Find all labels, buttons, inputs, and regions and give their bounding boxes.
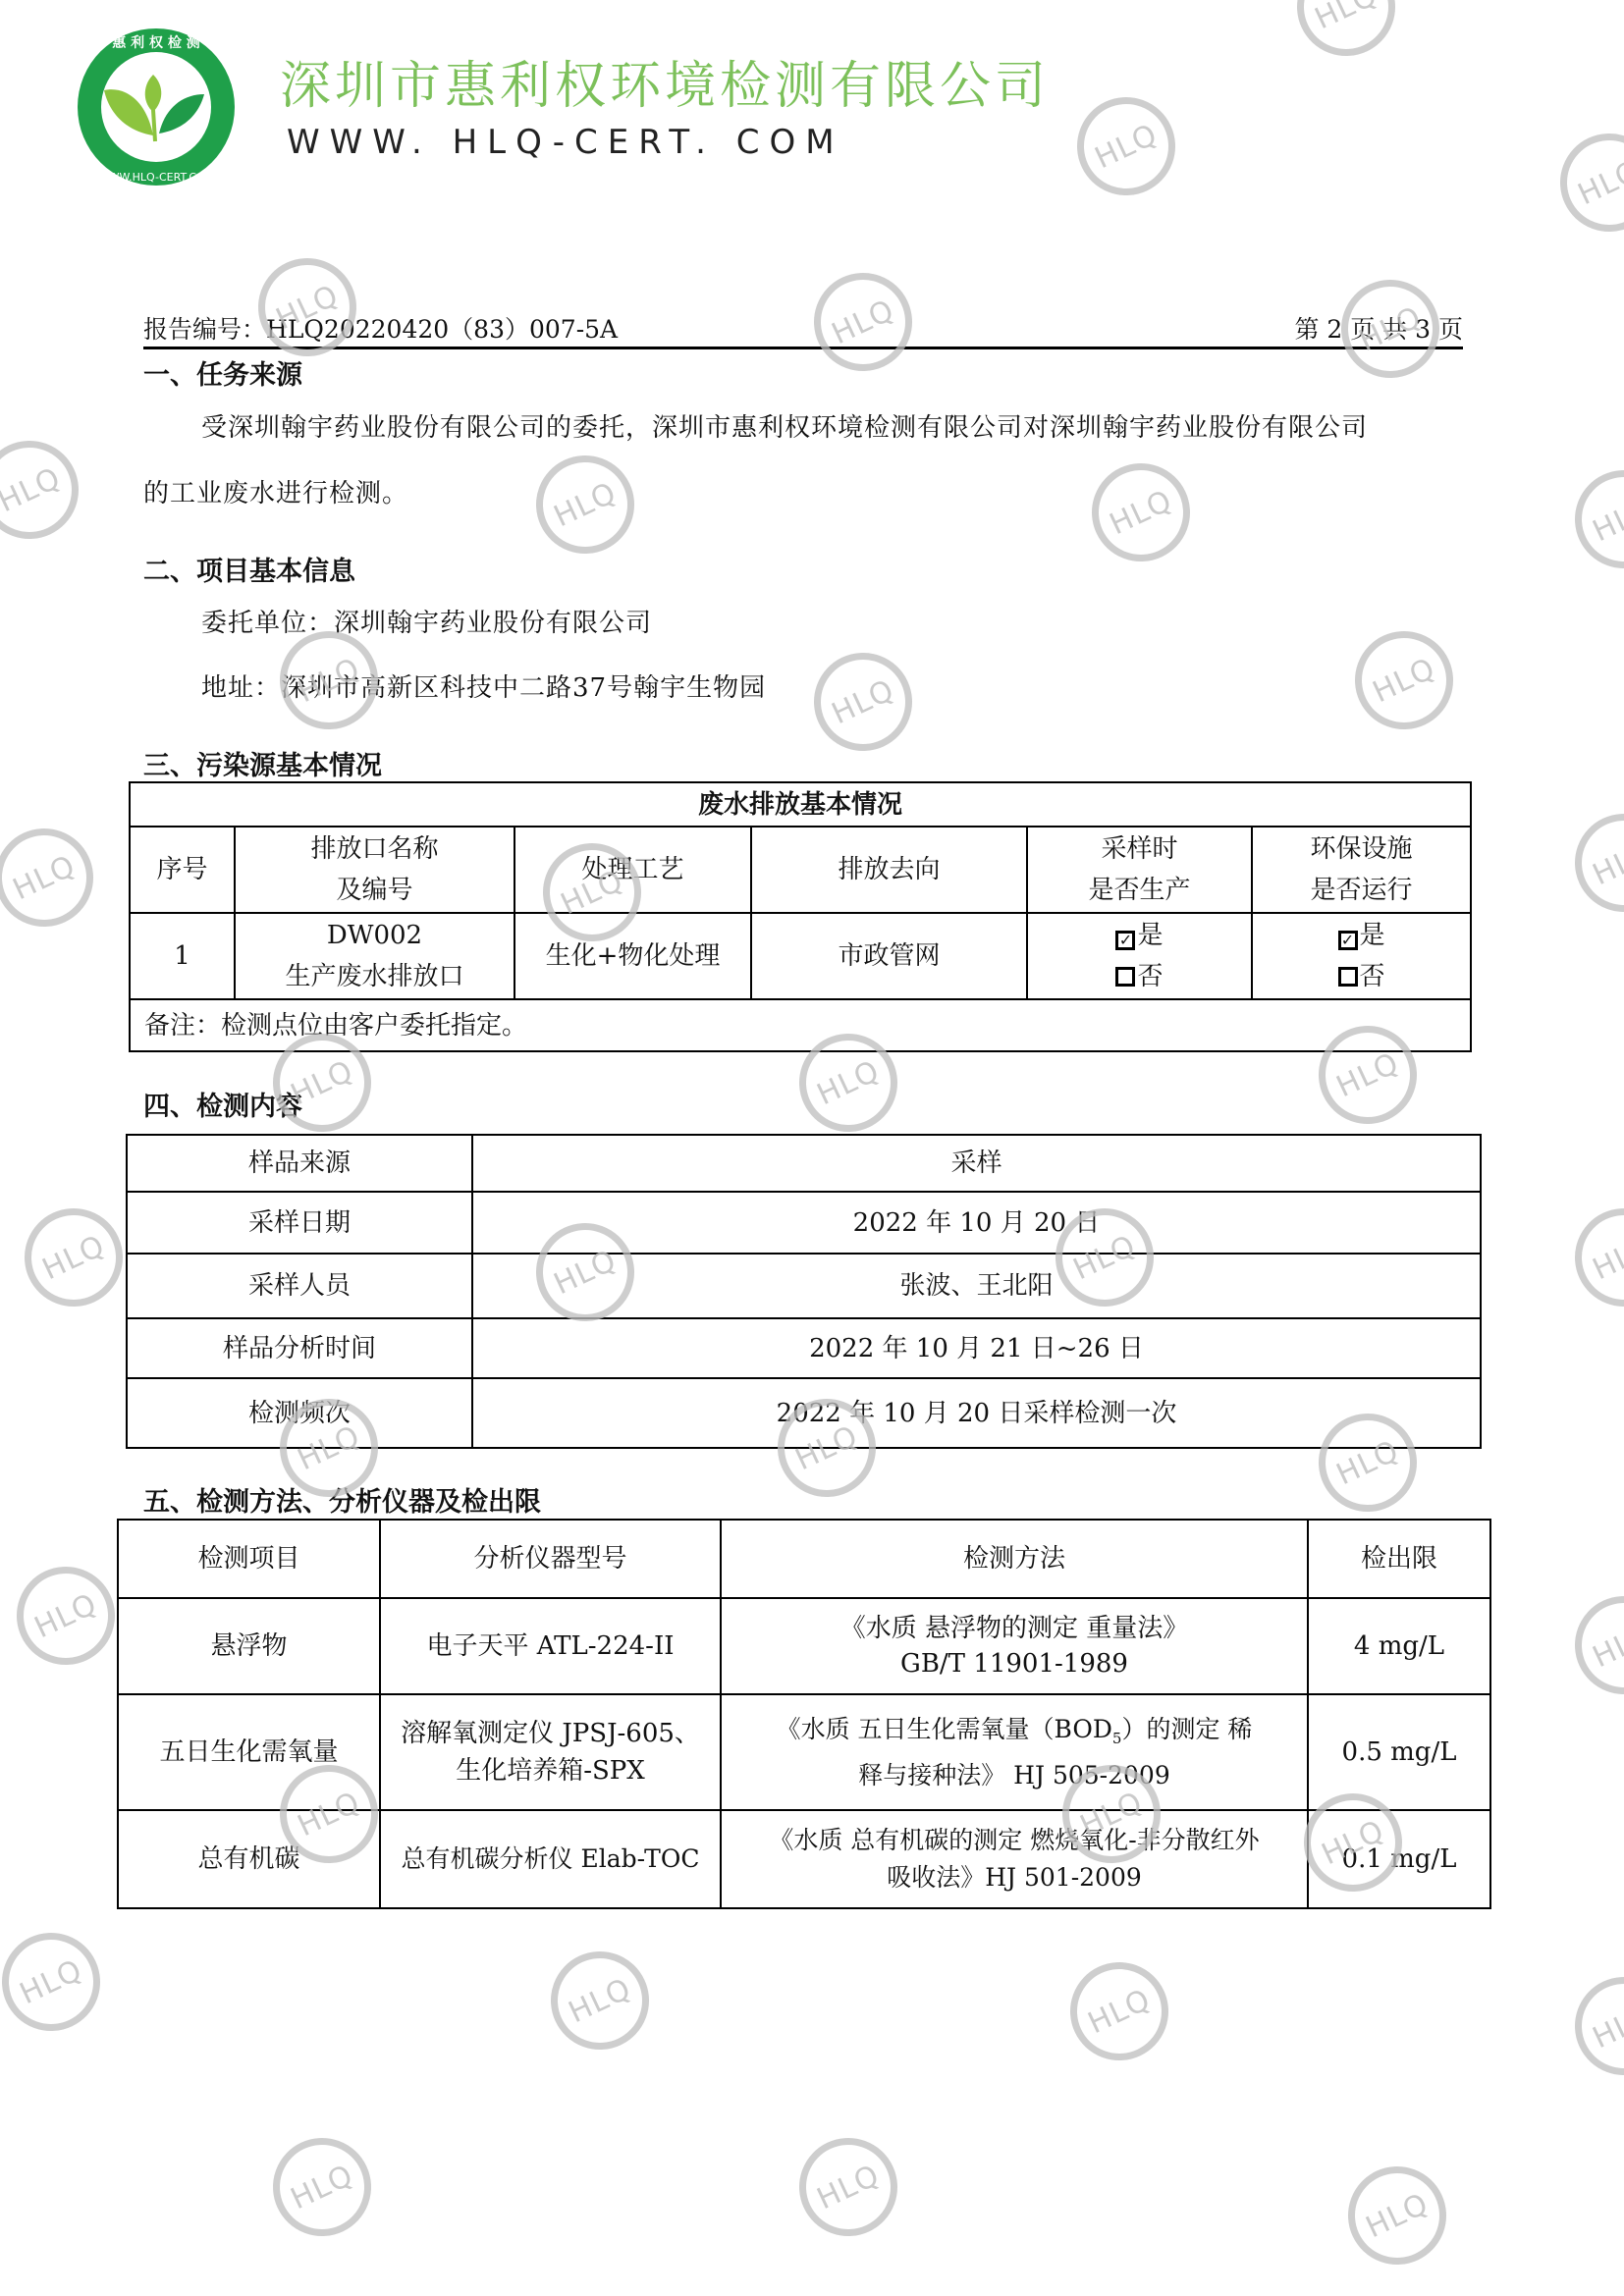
hlq-watermark-icon: HLQ xyxy=(1559,1961,1624,2092)
hlq-watermark-icon: HLQ xyxy=(1332,2151,1463,2281)
cell-producing: ✓是 否 xyxy=(1027,913,1252,999)
section-3-title: 三、污染源基本情况 xyxy=(143,744,382,782)
table-row: 样品分析时间2022 年 10 月 21 日~26 日 xyxy=(127,1318,1481,1378)
testing-content-table: 样品来源采样 采样日期2022 年 10 月 20 日 采样人员张波、王北阳 样… xyxy=(126,1134,1482,1449)
cell-destination: 市政管网 xyxy=(751,913,1027,999)
task-source-line-1: 受深圳翰宇药业股份有限公司的委托，深圳市惠利权环境检测有限公司对深圳翰宇药业股份… xyxy=(201,407,1368,444)
hlq-watermark-icon: HLQ xyxy=(9,1193,139,1323)
hlq-watermark-icon: HLQ xyxy=(257,2122,388,2253)
section-4-title: 四、检测内容 xyxy=(143,1085,302,1123)
hlq-watermark-icon: HLQ xyxy=(1559,1193,1624,1323)
hlq-watermark-icon: HLQ xyxy=(1061,81,1192,212)
section-5-title: 五、检测方法、分析仪器及检出限 xyxy=(143,1480,541,1519)
table-row: 五日生化需氧量 溶解氧测定仪 JPSJ-605、生化培养箱-SPX 《水质 五日… xyxy=(118,1694,1490,1810)
header-limit: 检出限 xyxy=(1308,1520,1490,1598)
cell-outlet: DW002生产废水排放口 xyxy=(235,913,514,999)
cell-facility: ✓是 否 xyxy=(1252,913,1471,999)
company-name: 深圳市惠利权环境检测有限公司 xyxy=(280,44,1050,118)
checkbox-checked-icon[interactable]: ✓ xyxy=(1338,931,1358,950)
header-producing: 采样时是否生产 xyxy=(1027,827,1252,913)
svg-text:WWW.HLQ-CERT.COM: WWW.HLQ-CERT.COM xyxy=(98,171,214,184)
cell-seq: 1 xyxy=(130,913,235,999)
page-info: 第 2 页 共 3 页 xyxy=(1294,310,1463,346)
checkbox-empty-icon[interactable] xyxy=(1115,967,1135,987)
company-url: WWW. HLQ-CERT. COM xyxy=(287,123,844,162)
table-row: 采样日期2022 年 10 月 20 日 xyxy=(127,1192,1481,1254)
header-seq: 序号 xyxy=(130,827,235,913)
hlq-watermark-icon: HLQ xyxy=(1339,615,1470,746)
hlq-watermark-icon: HLQ xyxy=(1076,448,1207,578)
address-info: 地址：深圳市高新区科技中二路37号翰宇生物园 xyxy=(201,667,766,704)
header-instrument: 分析仪器型号 xyxy=(380,1520,721,1598)
cell-process: 生化+物化处理 xyxy=(514,913,751,999)
table-title: 废水排放基本情况 xyxy=(130,782,1471,827)
table-row: 样品来源采样 xyxy=(127,1135,1481,1192)
header-facility: 环保设施是否运行 xyxy=(1252,827,1471,913)
checkbox-empty-icon[interactable] xyxy=(1338,967,1358,987)
checkbox-checked-icon[interactable]: ✓ xyxy=(1115,931,1135,950)
hlq-watermark-icon: HLQ xyxy=(1559,454,1624,585)
header-process: 处理工艺 xyxy=(514,827,751,913)
wastewater-discharge-table: 废水排放基本情况 序号 排放口名称及编号 处理工艺 排放去向 采样时是否生产 环… xyxy=(129,781,1472,1052)
task-source-line-2: 的工业废水进行检测。 xyxy=(143,473,408,509)
hlq-watermark-icon: HLQ xyxy=(0,813,109,943)
hlq-watermark-icon: HLQ xyxy=(784,2122,914,2253)
header-method: 检测方法 xyxy=(721,1520,1308,1598)
hlq-watermark-icon: HLQ xyxy=(1559,1580,1624,1711)
hlq-watermark-icon: HLQ xyxy=(1544,118,1624,248)
hlq-watermark-icon: HLQ xyxy=(0,1917,116,2048)
svg-text:惠 利 权 检 测: 惠 利 权 检 测 xyxy=(112,34,200,51)
hlq-watermark-icon: HLQ xyxy=(520,440,651,570)
client-info: 委托单位：深圳翰宇药业股份有限公司 xyxy=(201,603,652,639)
table-row: 检测频次2022 年 10 月 20 日采样检测一次 xyxy=(127,1378,1481,1448)
hlq-watermark-icon: HLQ xyxy=(1281,0,1412,72)
table-note: 备注：检测点位由客户委托指定。 xyxy=(130,999,1471,1051)
table-row: 采样人员张波、王北阳 xyxy=(127,1254,1481,1318)
table-row: 1 DW002生产废水排放口 生化+物化处理 市政管网 ✓是 否 ✓是 否 xyxy=(130,913,1471,999)
report-number-label: 报告编号： xyxy=(143,315,266,344)
hlq-watermark-icon: HLQ xyxy=(798,257,929,388)
company-logo: 惠 利 权 检 测 WWW.HLQ-CERT.COM xyxy=(75,26,238,188)
header-divider xyxy=(143,347,1463,349)
header-item: 检测项目 xyxy=(118,1520,380,1598)
hlq-watermark-icon: HLQ xyxy=(1,1551,132,1682)
hlq-watermark-icon: HLQ xyxy=(535,1936,666,2066)
hlq-watermark-icon: HLQ xyxy=(798,637,929,768)
header-outlet: 排放口名称及编号 xyxy=(235,827,514,913)
report-number: 报告编号：HLQ20220420（83）007-5A xyxy=(143,310,618,346)
section-1-title: 一、任务来源 xyxy=(143,353,302,392)
header-destination: 排放去向 xyxy=(751,827,1027,913)
section-2-title: 二、项目基本信息 xyxy=(143,550,355,588)
table-row: 悬浮物 电子天平 ATL-224-II 《水质 悬浮物的测定 重量法》GB/T … xyxy=(118,1598,1490,1694)
methods-table: 检测项目 分析仪器型号 检测方法 检出限 悬浮物 电子天平 ATL-224-II… xyxy=(117,1519,1491,1909)
hlq-watermark-icon: HLQ xyxy=(1559,798,1624,929)
report-number-value: HLQ20220420（83）007-5A xyxy=(266,315,618,344)
table-row: 总有机碳 总有机碳分析仪 Elab-TOC 《水质 总有机碳的测定 燃烧氧化-非… xyxy=(118,1810,1490,1908)
hlq-watermark-icon: HLQ xyxy=(0,425,94,556)
hlq-watermark-icon: HLQ xyxy=(1055,1947,1185,2077)
